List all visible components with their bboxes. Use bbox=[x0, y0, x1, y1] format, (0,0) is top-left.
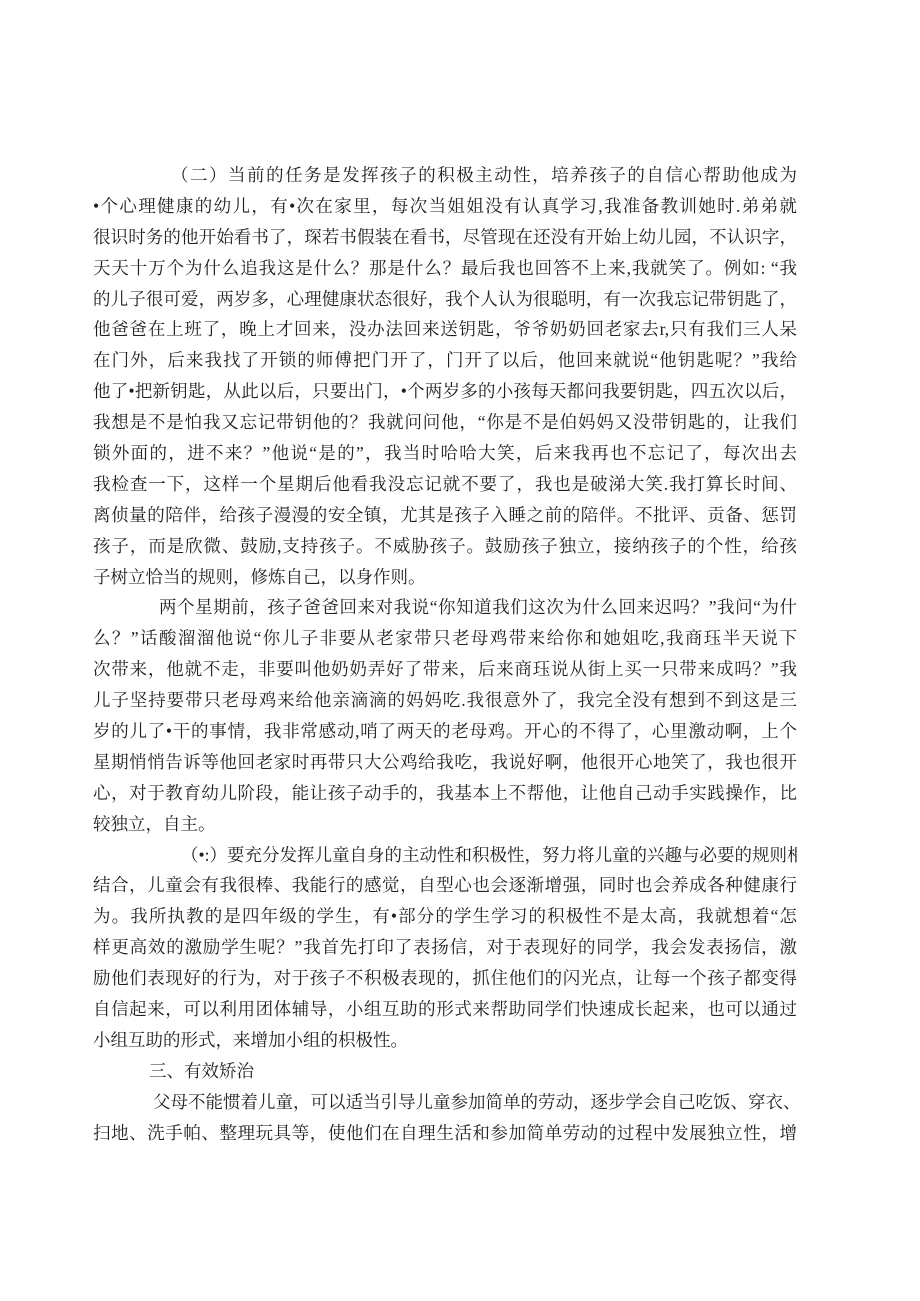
text-line: 我想是不是怕我又忘记带钥他的？我就问问他，“你是不是伯妈妈又没带钥匙的，让我们 bbox=[93, 407, 797, 438]
text-line: 我检查一下，这样一个星期后他看我没忘记就不要了，我也是破涕大笑.我打算长时间、 bbox=[93, 469, 797, 500]
text-line: 心，对于教育幼儿阶段，能让孩子动手的，我基本上不帮他，让他自己动手实践操作，比 bbox=[93, 778, 797, 809]
text-line: 样更高效的激励学生呢？”我首先打印了表扬信，对于表现好的同学，我会发表扬信，激 bbox=[93, 932, 797, 963]
text-line: 为。我所执教的是四年级的学生，有•部分的学生学习的积极性不是太高，我就想着“怎 bbox=[93, 901, 797, 932]
text-line: 儿子坚持要带只老母鸡来给他亲滴滴的妈妈吃.我很意外了，我完全没有想到不到这是三 bbox=[93, 685, 797, 716]
text-line: 他了•把新钥匙，从此以后，只要出门，•个两岁多的小孩每天都问我要钥匙，四五次以后… bbox=[93, 376, 797, 407]
text-block: （二）当前的任务是发挥孩子的积极主动性，培养孩子的自信心帮助他成为 •个心理健康… bbox=[93, 160, 797, 1149]
text-line: 孩子，而是欣微、鼓励,支持孩子。不威胁孩子。鼓励孩子独立，接纳孩子的个性，给孩 bbox=[93, 531, 797, 562]
paragraph-4: 父母不能惯着儿童，可以适当引导儿童参加简单的劳动，逐步学会自己吃饭、穿衣、 扫地… bbox=[93, 1087, 797, 1149]
text-line: 扫地、洗手帕、整理玩具等，使他们在自理生活和参加简单劳动的过程中发展独立性，增 bbox=[93, 1118, 797, 1149]
text-line: 自信起来，可以利用团体辅导，小组互助的形式来帮助同学们快速成长起来，也可以通过 bbox=[93, 994, 797, 1025]
text-line: 星期悄悄告诉等他回老家时再带只大公鸡给我吃，我说好啊，他很开心地笑了，我也很开 bbox=[93, 747, 797, 778]
text-line: 子树立恰当的规则，修炼自己，以身作则。 bbox=[93, 562, 797, 593]
text-line: 锁外面的，进不来？”他说“是的”，我当时哈哈大笑，后来我再也不忘记了，每次出去 bbox=[93, 438, 797, 469]
text-line: 两个星期前，孩子爸爸回来对我说“你知道我们这次为什么回来迟吗？”我问“为什 bbox=[93, 592, 797, 623]
document-page: （二）当前的任务是发挥孩子的积极主动性，培养孩子的自信心帮助他成为 •个心理健康… bbox=[0, 0, 920, 1301]
text-line: （•:）要充分发挥儿童自身的主动性和积极性，努力将儿童的兴趣与必要的规则相 bbox=[93, 840, 797, 871]
text-line: 结合，儿童会有我很棒、我能行的感觉，自型心也会逐渐增强，同时也会养成各种健康行 bbox=[93, 870, 797, 901]
text-line: 次带来，他就不走，非要叫他奶奶弄好了带来，后来商珏说从街上买一只带来成吗？”我 bbox=[93, 654, 797, 685]
text-line: 的儿子很可爱，两岁多，心理健康状态很好，我个人认为很聪明，有一次我忘记带钥匙了， bbox=[93, 284, 797, 315]
text-line: 么？”话酸溜溜他说“你儿子非要从老家带只老母鸡带来给你和她姐吃,我商珏半天说下 bbox=[93, 623, 797, 654]
paragraph-2: 两个星期前，孩子爸爸回来对我说“你知道我们这次为什么回来迟吗？”我问“为什 么？… bbox=[93, 592, 797, 839]
section-heading-text: 三、有效矫治 bbox=[93, 1056, 797, 1087]
text-line: 离侦量的陪伴，给孩子漫漫的安全镇，尤其是孩子入睡之前的陪伴。不批评、贡备、惩罚 bbox=[93, 500, 797, 531]
text-line: 励他们表现好的行为，对于孩子不积极表现的，抓住他们的闪光点，让每一个孩子都变得 bbox=[93, 963, 797, 994]
section-heading: 三、有效矫治 bbox=[93, 1056, 797, 1087]
text-line: 在门外，后来我找了开锁的师傅把门开了，门开了以后，他回来就说“他钥匙呢？”我给 bbox=[93, 345, 797, 376]
text-line: （二）当前的任务是发挥孩子的积极主动性，培养孩子的自信心帮助他成为 bbox=[93, 160, 797, 191]
text-line: 较独立，自主。 bbox=[93, 809, 797, 840]
text-line: 天天十万个为什么追我这是什么？那是什么？最后我也回答不上来,我就笑了。例如: “… bbox=[93, 253, 797, 284]
text-line: 岁的儿了•干的事情，我非常感动,哨了两天的老母鸡。开心的不得了，心里激动啊，上个 bbox=[93, 716, 797, 747]
text-line: 很识时务的他开始看书了，琛若书假装在看书，尽管现在还没有开始上幼儿园，不认识字， bbox=[93, 222, 797, 253]
paragraph-3: （•:）要充分发挥儿童自身的主动性和积极性，努力将儿童的兴趣与必要的规则相 结合… bbox=[93, 840, 797, 1056]
paragraph-1: （二）当前的任务是发挥孩子的积极主动性，培养孩子的自信心帮助他成为 •个心理健康… bbox=[93, 160, 797, 592]
text-line: 他爸爸在上班了，晚上才回来，没办法回来送钥匙，爷爷奶奶回老家去r,只有我们三人呆 bbox=[93, 314, 797, 345]
text-line: 父母不能惯着儿童，可以适当引导儿童参加简单的劳动，逐步学会自己吃饭、穿衣、 bbox=[93, 1087, 797, 1118]
text-line: 小组互助的形式，来增加小组的枳极性。 bbox=[93, 1025, 797, 1056]
text-line: •个心理健康的幼儿，有•次在家里，每次当姐姐没有认真学习,我准备教训她时.弟弟就 bbox=[93, 191, 797, 222]
